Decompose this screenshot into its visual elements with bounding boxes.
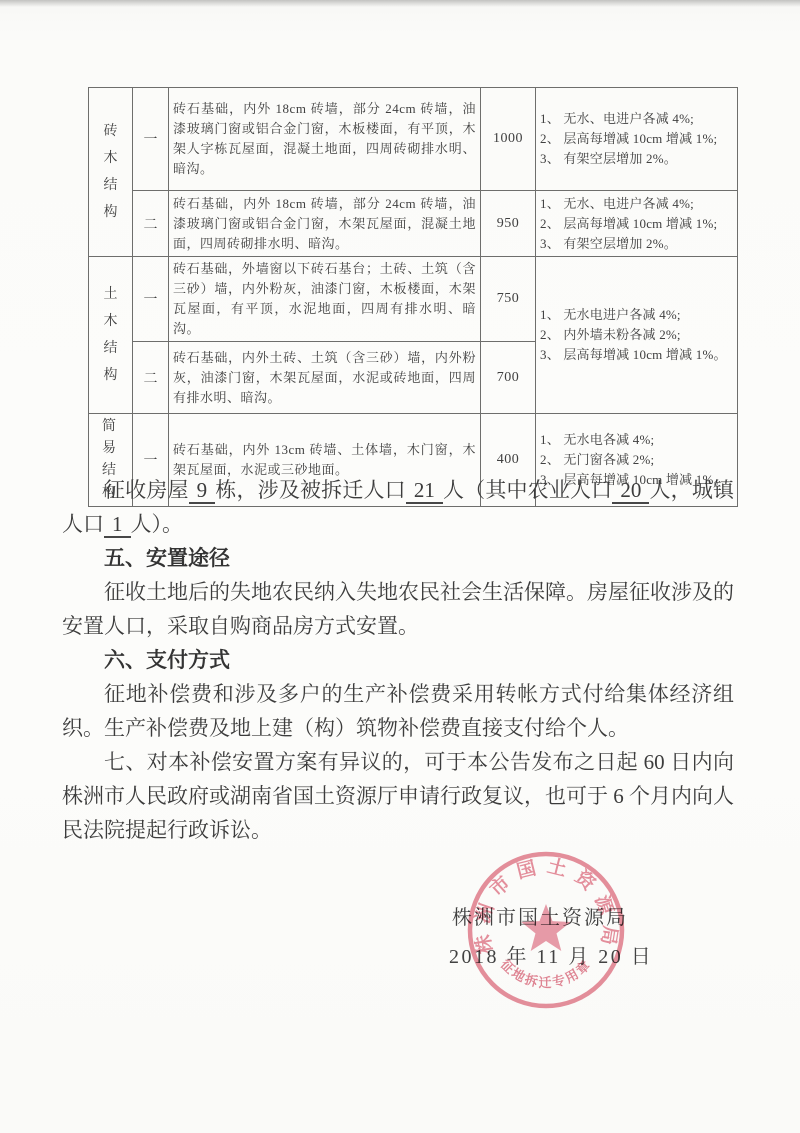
- summary-text: 人（其中农业人口: [443, 478, 613, 502]
- structure-type-cell: 砖木结构: [89, 88, 133, 257]
- description-cell: 砖石基础，外墙窗以下砖石基台；土砖、土筑（含三砂）墙，内外粉灰，油漆门窗，木板楼…: [169, 257, 481, 342]
- paragraph-payment: 征地补偿费和涉及多户的生产补偿费采用转帐方式付给集体经济组织。生产补偿费及地上建…: [62, 677, 734, 745]
- note-line: 3、 有架空层增加 2%。: [540, 149, 733, 169]
- paragraph-objection: 七、对本补偿安置方案有异议的，可于本公告发布之日起 60 日内向株洲市人民政府或…: [62, 745, 734, 847]
- price-cell: 1000: [481, 88, 536, 191]
- note-line: 1、 无水电进户各减 4%;: [540, 305, 733, 325]
- grade-cell: 一: [133, 257, 169, 342]
- document-body: 征收房屋9栋，涉及被拆迁人口21人（其中农业人口20人，城镇人口1人）。 五、安…: [62, 473, 734, 847]
- agricultural-people-count: 20: [612, 478, 649, 504]
- price-cell: 700: [481, 342, 536, 414]
- official-seal: 株洲市国土资源局 征地拆迁专用章: [441, 825, 651, 1035]
- description-cell: 砖石基础，内外土砖、土筑（含三砂）墙，内外粉灰，油漆门窗，木架瓦屋面，水泥或砖地…: [169, 342, 481, 414]
- grade-cell: 二: [133, 342, 169, 414]
- note-line: 2、 内外墙未粉各减 2%;: [540, 325, 733, 345]
- note-line: 2、 层高每增减 10cm 增减 1%;: [540, 129, 733, 149]
- issue-date: 2018 年 11 月 20 日: [449, 940, 653, 969]
- compensation-table: 砖木结构 一 砖石基础，内外 18cm 砖墙，部分 24cm 砖墙，油漆玻璃门窗…: [88, 87, 738, 507]
- structure-type-label: 土木结构: [103, 281, 119, 389]
- issuing-authority: 株洲市国土资源局: [452, 901, 628, 930]
- note-line: 2、 无门窗各减 2%;: [540, 450, 733, 470]
- relocated-people-count: 21: [406, 478, 443, 504]
- paragraph-resettlement: 征收土地后的失地农民纳入失地农民社会生活保障。房屋征收涉及的安置人口，采取自购商…: [62, 575, 734, 643]
- note-line: 1、 无水、电进户各减 4%;: [540, 109, 733, 129]
- grade-cell: 二: [133, 191, 169, 257]
- grade-cell: 一: [133, 88, 169, 191]
- houses-count: 9: [189, 478, 216, 504]
- seal-ring: [470, 854, 622, 1006]
- description-cell: 砖石基础，内外 18cm 砖墙，部分 24cm 砖墙，油漆玻璃门窗或铝合金门窗，…: [169, 88, 481, 191]
- summary-text: 人）。: [131, 512, 184, 536]
- section-heading-5: 五、安置途径: [62, 541, 734, 575]
- table-row: 土木结构 一 砖石基础，外墙窗以下砖石基台；土砖、土筑（含三砂）墙，内外粉灰，油…: [89, 257, 738, 342]
- note-line: 1、 无水电各减 4%;: [540, 430, 733, 450]
- structure-type-cell: 土木结构: [89, 257, 133, 414]
- structure-type-label: 砖木结构: [103, 118, 119, 226]
- note-line: 2、 层高每增减 10cm 增减 1%;: [540, 214, 733, 234]
- description-cell: 砖石基础，内外 18cm 砖墙，部分 24cm 砖墙，油漆玻璃门窗或铝合金门窗，…: [169, 191, 481, 257]
- scanned-document-page: 砖木结构 一 砖石基础，内外 18cm 砖墙，部分 24cm 砖墙，油漆玻璃门窗…: [0, 0, 800, 1133]
- section-heading-6: 六、支付方式: [62, 643, 734, 677]
- table-row: 砖木结构 一 砖石基础，内外 18cm 砖墙，部分 24cm 砖墙，油漆玻璃门窗…: [89, 88, 738, 191]
- note-line: 3、 有架空层增加 2%。: [540, 234, 733, 254]
- summary-text: 征收房屋: [104, 478, 189, 502]
- note-line: 1、 无水、电进户各减 4%;: [540, 194, 733, 214]
- notes-cell: 1、 无水、电进户各减 4%; 2、 层高每增减 10cm 增减 1%; 3、 …: [536, 191, 738, 257]
- summary-text: 栋，涉及被拆迁人口: [215, 478, 406, 502]
- table-row: 二 砖石基础，内外 18cm 砖墙，部分 24cm 砖墙，油漆玻璃门窗或铝合金门…: [89, 191, 738, 257]
- price-cell: 750: [481, 257, 536, 342]
- price-cell: 950: [481, 191, 536, 257]
- scan-edge-shadow: [0, 0, 800, 7]
- compensation-table-wrap: 砖木结构 一 砖石基础，内外 18cm 砖墙，部分 24cm 砖墙，油漆玻璃门窗…: [88, 87, 738, 507]
- notes-cell-shared: 1、 无水电进户各减 4%; 2、 内外墙未粉各减 2%; 3、 层高每增减 1…: [536, 257, 738, 414]
- note-line: 3、 层高每增减 10cm 增减 1%。: [540, 345, 733, 365]
- summary-paragraph: 征收房屋9栋，涉及被拆迁人口21人（其中农业人口20人，城镇人口1人）。: [62, 473, 734, 541]
- notes-cell: 1、 无水、电进户各减 4%; 2、 层高每增减 10cm 增减 1%; 3、 …: [536, 88, 738, 191]
- urban-people-count: 1: [104, 512, 131, 538]
